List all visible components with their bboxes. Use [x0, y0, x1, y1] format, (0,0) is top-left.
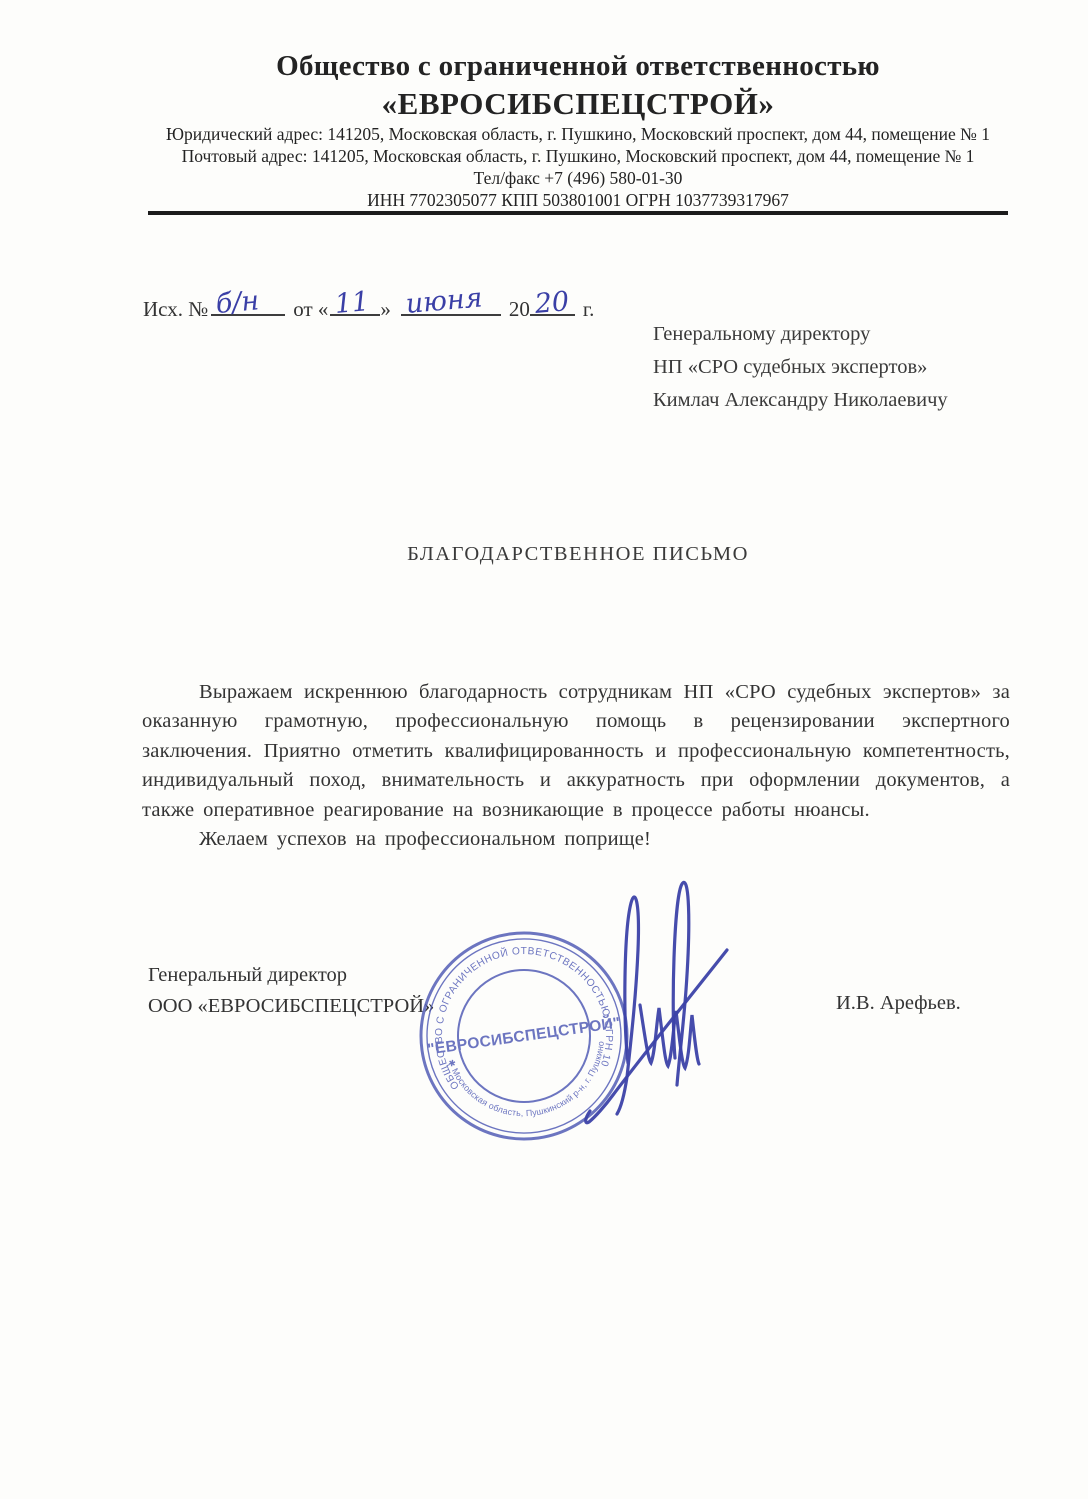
scanned-letter-page: Общество с ограниченной ответственностью…: [0, 0, 1088, 1499]
recipient-block: Генеральному директору НП «СРО судебных …: [653, 318, 948, 417]
reference-number-blank: б/н: [211, 292, 285, 316]
outgoing-reference-line: Исх. №б/нот «11»июня2020г.: [143, 292, 594, 322]
postal-address-line: Почтовый адрес: 141205, Московская облас…: [148, 145, 1008, 167]
handwritten-month: июня: [405, 284, 484, 318]
letter-body: Выражаем искреннюю благодарность сотрудн…: [142, 678, 1010, 854]
legal-address-line: Юридический адрес: 141205, Московская об…: [148, 123, 1008, 145]
handwritten-number: б/н: [215, 287, 261, 318]
registration-line: ИНН 7702305077 КПП 503801001 ОГРН 103773…: [148, 189, 1008, 211]
recipient-position: Генеральному директору: [653, 318, 948, 351]
signer-position-line2: ООО «ЕВРОСИБСПЕЦСТРОЙ»: [148, 991, 434, 1022]
signature-strokes: [525, 845, 770, 1145]
letter-title: БЛАГОДАРСТВЕННОЕ ПИСЬМО: [148, 543, 1008, 566]
reference-day-blank: 11: [330, 292, 380, 316]
letterhead-divider: [148, 211, 1008, 215]
reference-quote-close: »: [380, 297, 391, 321]
signer-name: И.В. Арефьев.: [836, 992, 961, 1015]
handwritten-year: 20: [534, 288, 571, 318]
reference-month-blank: июня: [401, 292, 501, 316]
handwritten-signature: [525, 845, 770, 1145]
letterhead: Общество с ограниченной ответственностью…: [148, 48, 1008, 211]
body-paragraph: Выражаем искреннюю благодарность сотрудн…: [142, 678, 1010, 825]
reference-year-blank: 20: [530, 292, 575, 316]
reference-year-prefix: 20: [509, 297, 530, 321]
reference-from-label: от «: [293, 297, 328, 321]
signer-position-line1: Генеральный директор: [148, 960, 434, 991]
reference-year-suffix: г.: [583, 297, 595, 321]
recipient-organization: НП «СРО судебных экспертов»: [653, 351, 948, 384]
org-name-line: «ЕВРОСИБСПЕЦСТРОЙ»: [148, 85, 1008, 123]
signer-position-block: Генеральный директор ООО «ЕВРОСИБСПЕЦСТР…: [148, 960, 434, 1022]
org-type-line: Общество с ограниченной ответственностью: [148, 48, 1008, 85]
recipient-name: Кимлач Александру Николаевичу: [653, 384, 948, 417]
phone-fax-line: Тел/факс +7 (496) 580-01-30: [148, 167, 1008, 189]
reference-prefix: Исх. №: [143, 297, 208, 321]
handwritten-day: 11: [334, 288, 371, 318]
